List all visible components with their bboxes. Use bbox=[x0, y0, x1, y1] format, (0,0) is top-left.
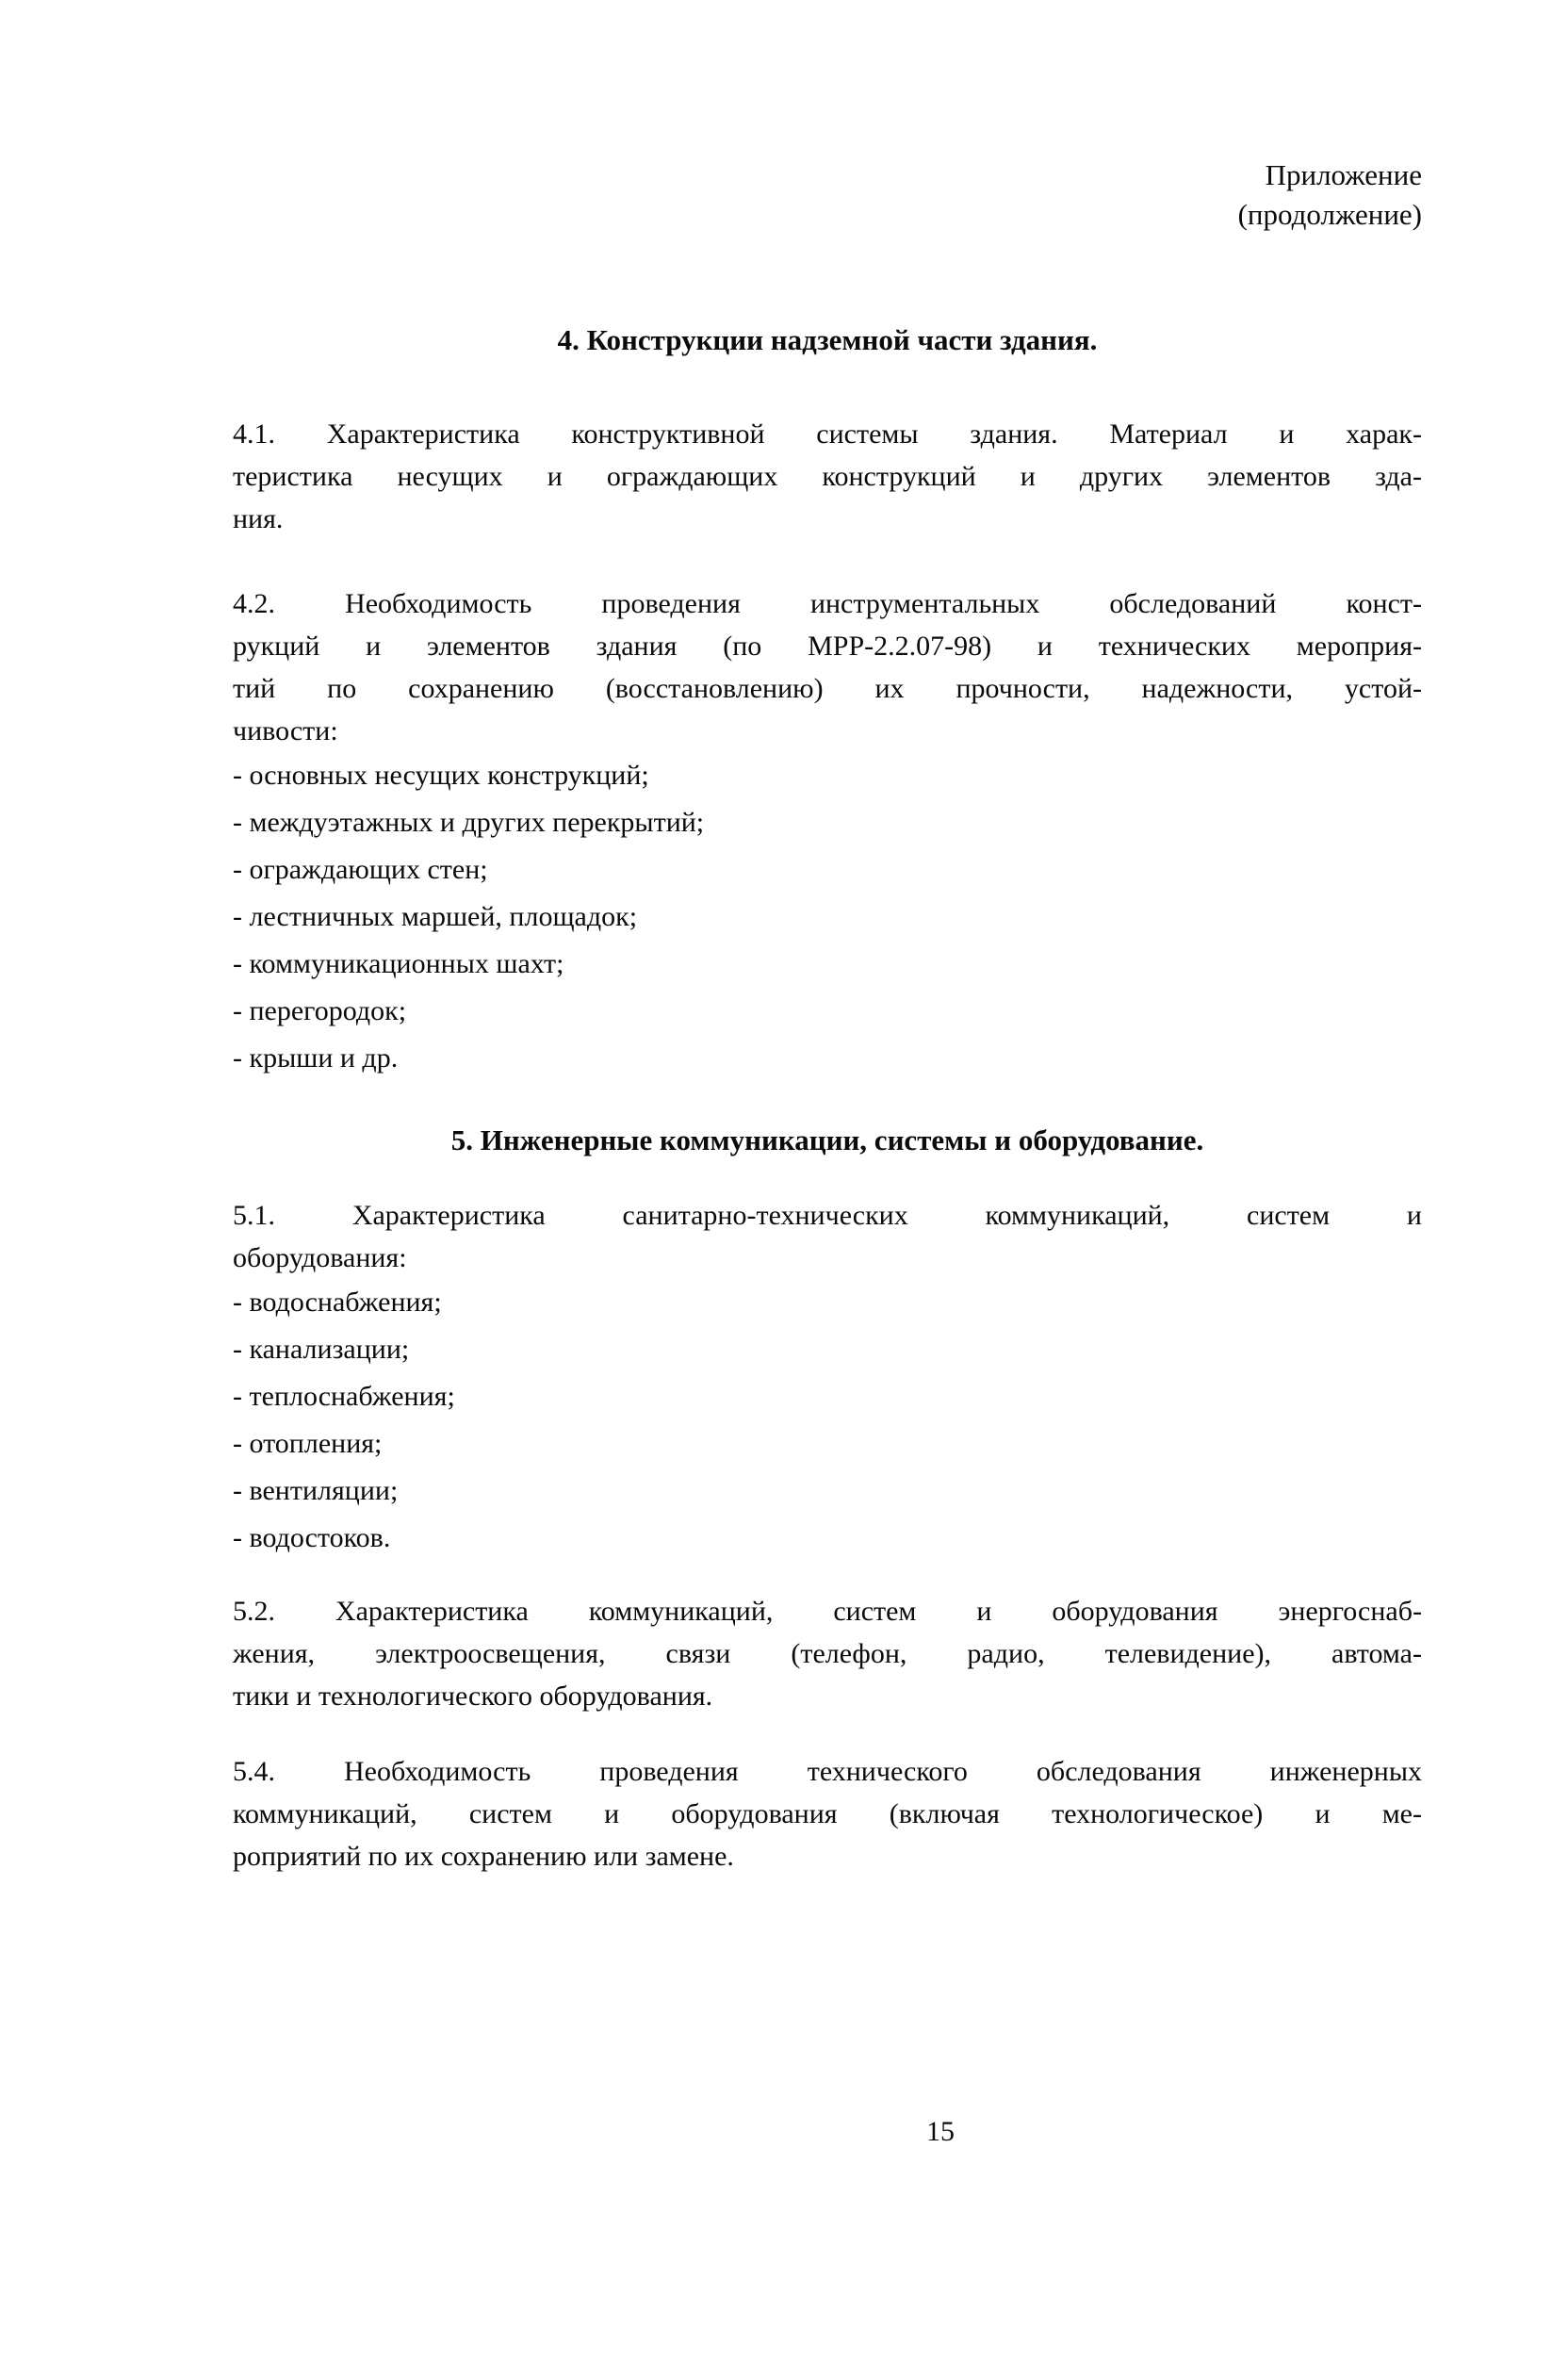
paragraph-4-2-line: 4.2. Необходимость проведения инструмент… bbox=[233, 582, 1422, 625]
appendix-header-line1: Приложение bbox=[233, 156, 1422, 195]
section-4-title: 4. Конструкции надземной части здания. bbox=[233, 320, 1422, 361]
paragraph-4-2: 4.2. Необходимость проведения инструмент… bbox=[233, 582, 1422, 752]
paragraph-5-4-line: коммуникаций, систем и оборудования (вкл… bbox=[233, 1793, 1422, 1835]
paragraph-4-1-line: теристика несущих и ограждающих конструк… bbox=[233, 455, 1422, 498]
paragraph-5-4-line: 5.4. Необходимость проведения техническо… bbox=[233, 1750, 1422, 1793]
document-content: Приложение (продолжение) 4. Конструкции … bbox=[233, 156, 1422, 1877]
list-item: - крыши и др. bbox=[233, 1035, 1422, 1082]
paragraph-5-2-line: 5.2. Характеристика коммуникаций, систем… bbox=[233, 1590, 1422, 1632]
structures-list: - основных несущих конструкций; - междуэ… bbox=[233, 752, 1422, 1082]
paragraph-4-2-line: рукций и элементов здания (по МРР-2.2.07… bbox=[233, 625, 1422, 667]
appendix-header-line2: (продолжение) bbox=[233, 195, 1422, 235]
document-page: Приложение (продолжение) 4. Конструкции … bbox=[0, 0, 1568, 2361]
paragraph-5-2-line: тики и технологического оборудования. bbox=[233, 1675, 1422, 1717]
paragraph-4-2-line: тий по сохранению (восстановлению) их пр… bbox=[233, 667, 1422, 710]
list-item: - основных несущих конструкций; bbox=[233, 752, 1422, 799]
list-item: - междуэтажных и других перекрытий; bbox=[233, 799, 1422, 846]
paragraph-5-1-line: 5.1. Характеристика санитарно-технически… bbox=[233, 1194, 1422, 1237]
paragraph-5-4-line: роприятий по их сохранению или замене. bbox=[233, 1835, 1422, 1877]
paragraph-5-1-line: оборудования: bbox=[233, 1237, 1422, 1279]
list-item: - водоснабжения; bbox=[233, 1279, 1422, 1326]
section-5-title: 5. Инженерные коммуникации, системы и об… bbox=[233, 1120, 1422, 1161]
list-item: - отопления; bbox=[233, 1420, 1422, 1467]
paragraph-5-1: 5.1. Характеристика санитарно-технически… bbox=[233, 1194, 1422, 1279]
paragraph-4-1: 4.1. Характеристика конструктивной систе… bbox=[233, 413, 1422, 540]
paragraph-5-2: 5.2. Характеристика коммуникаций, систем… bbox=[233, 1590, 1422, 1717]
list-item: - водостоков. bbox=[233, 1515, 1422, 1562]
paragraph-4-1-line: ния. bbox=[233, 498, 1422, 540]
utilities-list: - водоснабжения; - канализации; - теплос… bbox=[233, 1279, 1422, 1562]
list-item: - вентиляции; bbox=[233, 1467, 1422, 1515]
appendix-header: Приложение (продолжение) bbox=[233, 156, 1422, 235]
list-item: - лестничных маршей, площадок; bbox=[233, 894, 1422, 941]
list-item: - канализации; bbox=[233, 1326, 1422, 1373]
list-item: - теплоснабжения; bbox=[233, 1373, 1422, 1420]
paragraph-5-2-line: жения, электроосвещения, связи (телефон,… bbox=[233, 1632, 1422, 1675]
paragraph-5-4: 5.4. Необходимость проведения техническо… bbox=[233, 1750, 1422, 1877]
page-number: 15 bbox=[926, 2116, 955, 2148]
list-item: - перегородок; bbox=[233, 988, 1422, 1035]
paragraph-4-1-line: 4.1. Характеристика конструктивной систе… bbox=[233, 413, 1422, 455]
list-item: - ограждающих стен; bbox=[233, 846, 1422, 894]
list-item: - коммуникационных шахт; bbox=[233, 941, 1422, 988]
paragraph-4-2-line: чивости: bbox=[233, 710, 1422, 752]
